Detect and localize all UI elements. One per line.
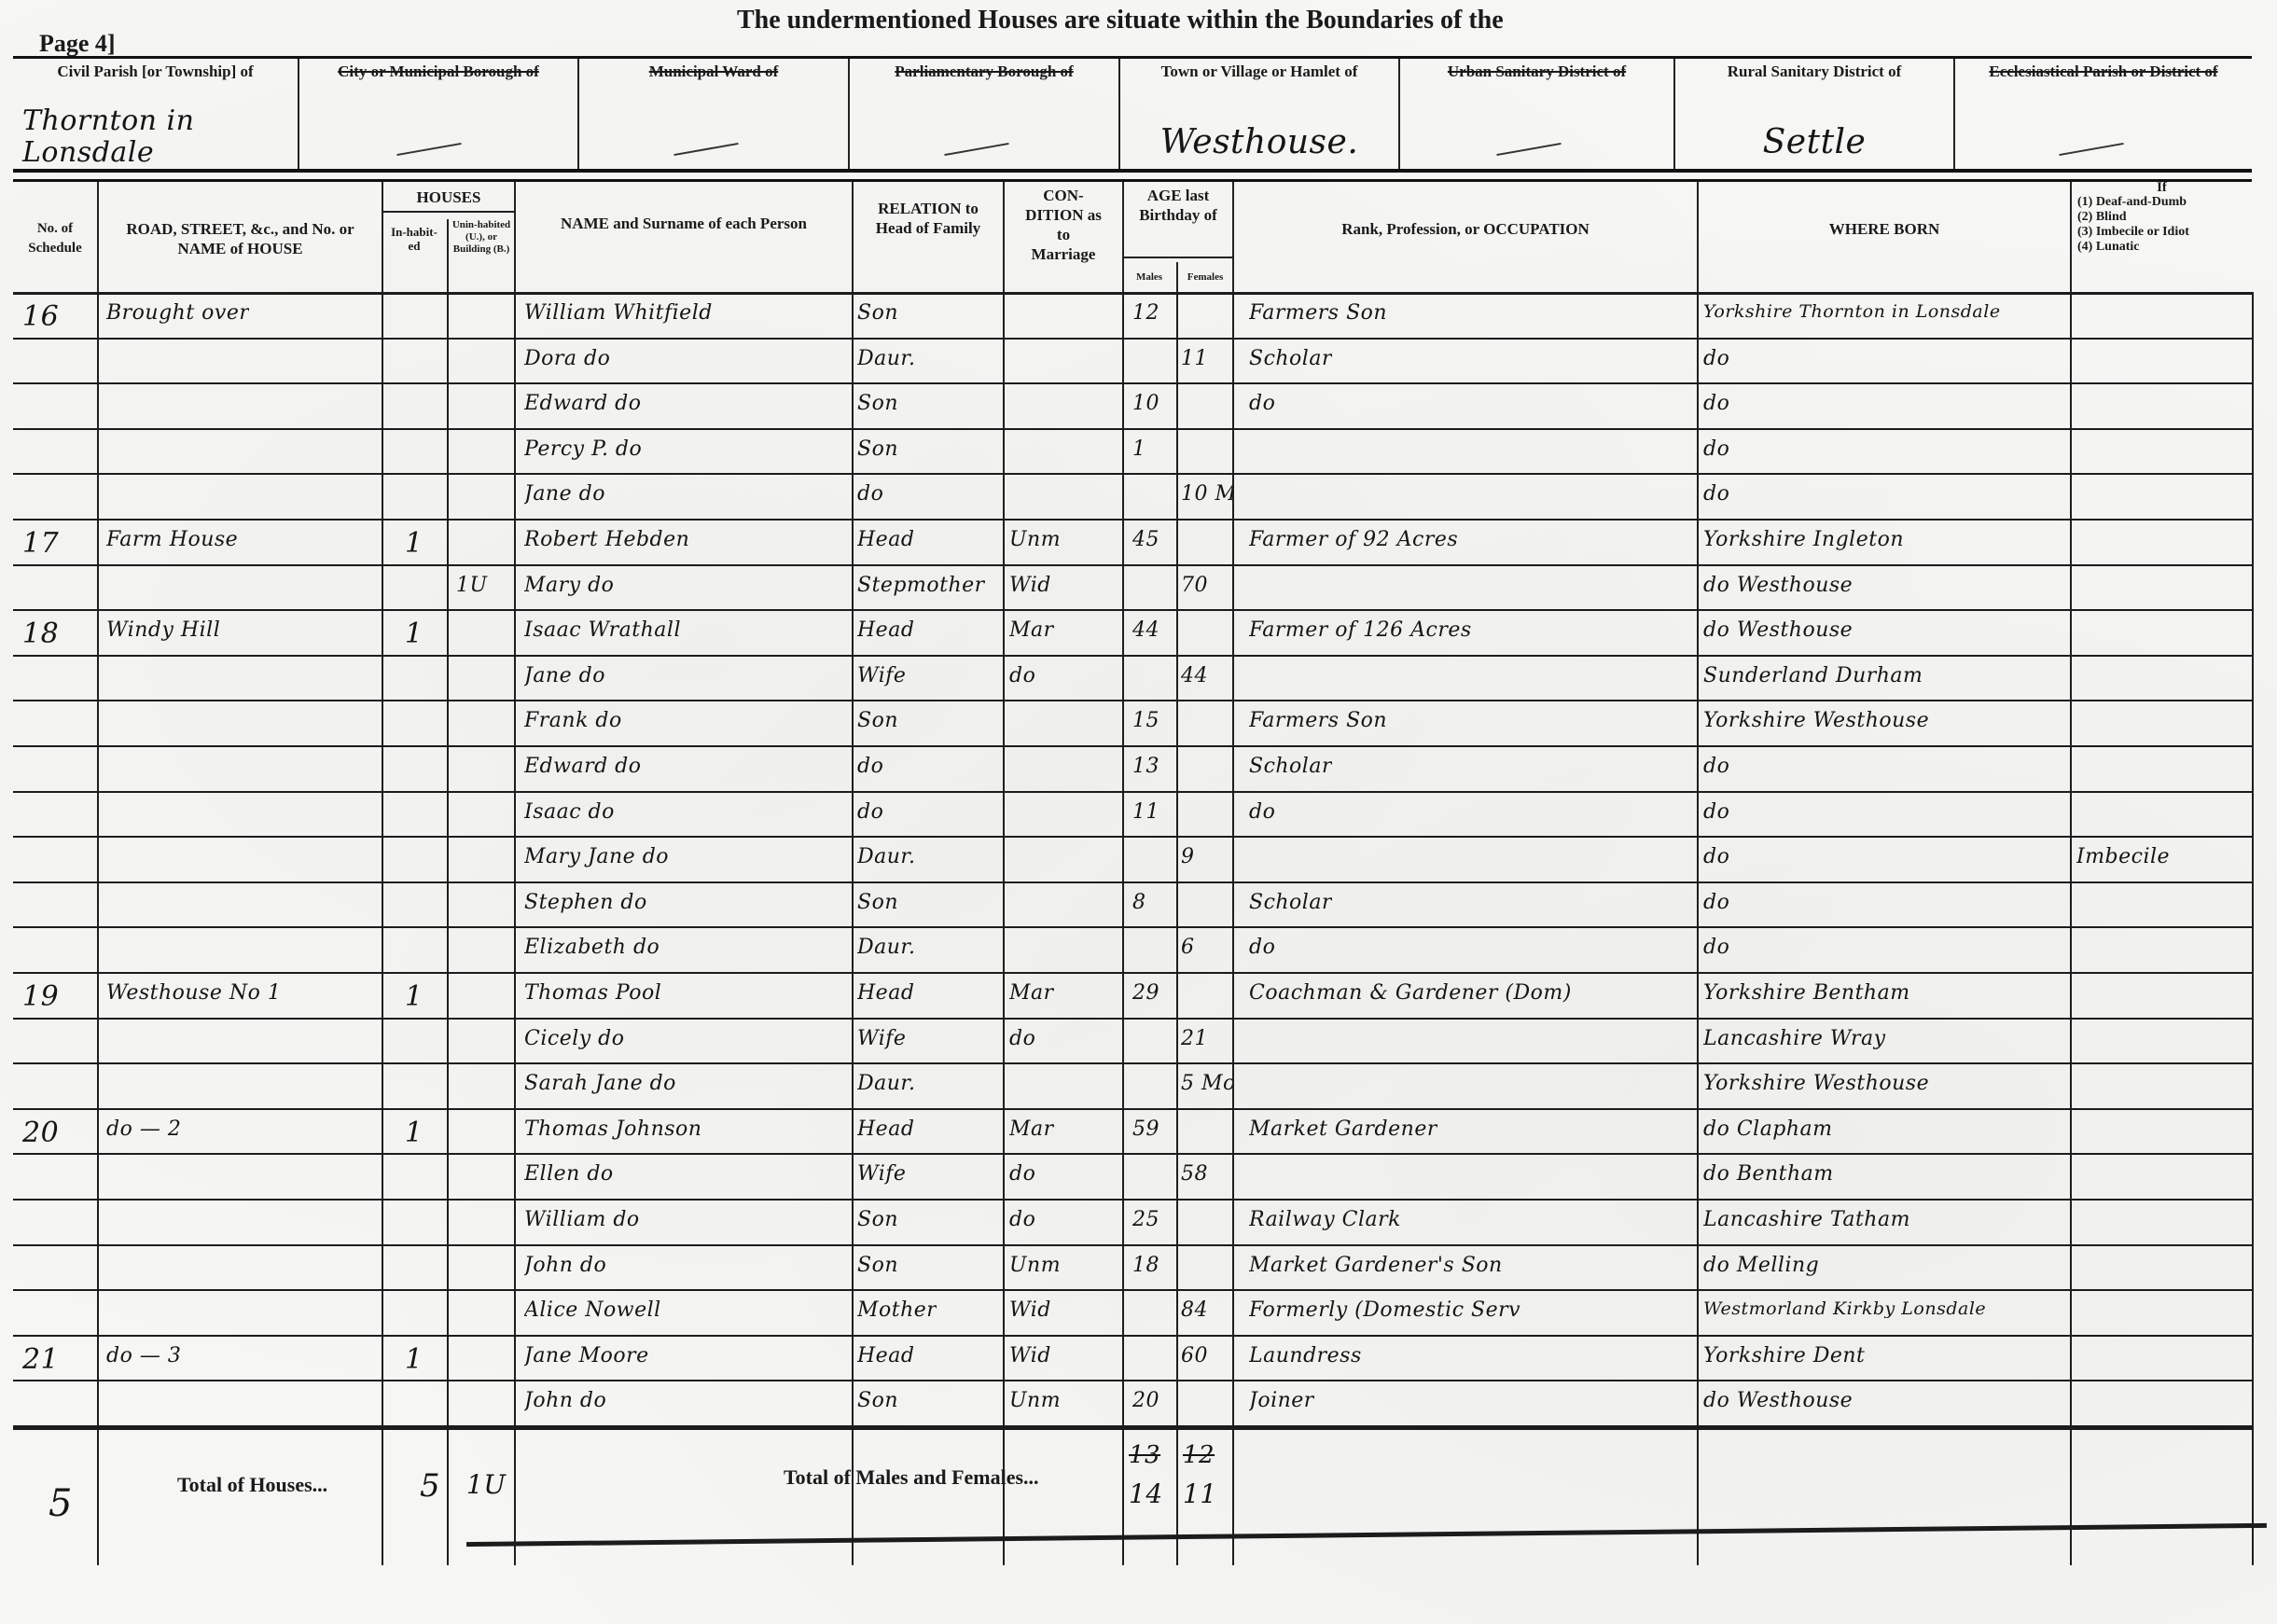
persons-total-label: Total of Males and Females... [784, 1465, 1039, 1490]
cell-where-born: do Westhouse [1703, 576, 1853, 596]
cell-occupation: Scholar [1249, 756, 1332, 777]
col-infirmity: If (1) Deaf-and-Dumb(2) Blind(3) Imbecil… [2070, 182, 2252, 292]
cell-where-born: do [1703, 937, 1729, 958]
cell-male-age: 10 [1132, 394, 1159, 414]
cell-schedule: 18 [22, 620, 59, 648]
col-uninhabited-label: Unin-habited (U.), or Building (B.) [449, 219, 514, 256]
boundary-label: Municipal Ward of [585, 62, 842, 81]
boundary-cell: Parliamentary Borough of [848, 59, 1118, 169]
row-rule [13, 926, 2252, 928]
cell-occupation: do [1249, 937, 1275, 958]
row-rule [13, 519, 2252, 521]
cell-where-born: do [1703, 349, 1729, 369]
boundary-header: Civil Parish [or Township] ofThornton in… [13, 56, 2252, 173]
cell-where-born: do [1703, 756, 1729, 777]
cell-relation: Son [857, 711, 898, 731]
cell-condition: do [1009, 1210, 1035, 1230]
cell-male-age: 45 [1132, 530, 1159, 550]
col-uninhabited: Unin-habited (U.), or Building (B.) [447, 219, 514, 292]
cell-where-born: do Melling [1703, 1256, 1819, 1276]
cell-male-age: 20 [1132, 1391, 1159, 1411]
infirmity-option: (2) Blind [2077, 210, 2189, 225]
cell-relation: Daur. [857, 349, 916, 369]
cell-male-age: 59 [1132, 1119, 1159, 1140]
row-rule [13, 1380, 2252, 1381]
infirmity-option: (3) Imbecile or Idiot [2077, 225, 2189, 240]
cell-name: Mary Jane do [524, 847, 669, 868]
column-rule [1232, 292, 1234, 1565]
cell-name: Mary do [524, 576, 614, 596]
column-rule [1697, 292, 1699, 1565]
cell-occupation: Scholar [1249, 349, 1332, 369]
cell-relation: Son [857, 394, 898, 414]
cell-male-age: 8 [1132, 893, 1146, 913]
blank-dash [2060, 143, 2124, 156]
schedule-count: 5 [49, 1482, 73, 1525]
cell-relation: Head [857, 530, 914, 550]
col-schedule: No. of Schedule [13, 182, 97, 292]
cell-female-age: 84 [1181, 1300, 1208, 1321]
cell-occupation: Farmer of 92 Acres [1249, 530, 1458, 550]
row-rule [13, 1018, 2252, 1020]
cell-relation: Son [857, 439, 898, 460]
cell-occupation: Farmer of 126 Acres [1249, 620, 1472, 641]
cell-relation: Head [857, 620, 914, 641]
column-rule [1122, 292, 1124, 1565]
cell-occupation: Market Gardener [1249, 1119, 1437, 1140]
cell-road: do — 2 [106, 1119, 181, 1140]
cell-name: William do [524, 1210, 640, 1230]
boundary-label: Urban Sanitary District of [1406, 62, 1668, 81]
males-total: 14 [1129, 1478, 1163, 1509]
cell-male-age: 1 [1132, 439, 1146, 460]
boundary-value: Thornton in Lonsdale [22, 105, 209, 169]
cell-name: Percy P. do [524, 439, 642, 460]
row-rule [13, 338, 2252, 340]
col-road: ROAD, STREET, &c., and No. or NAME of HO… [97, 182, 382, 292]
cell-occupation: Formerly (Domestic Serv [1249, 1300, 1520, 1321]
cell-road: Farm House [106, 530, 238, 550]
inhabited-total: 5 [420, 1467, 440, 1505]
cell-male-age: 15 [1132, 711, 1159, 731]
col-inhabited: In-habit-ed [382, 219, 447, 292]
cell-relation: do [857, 484, 883, 505]
cell-where-born: Yorkshire Westhouse [1703, 711, 1929, 731]
row-rule [13, 473, 2252, 475]
row-rule [13, 655, 2252, 657]
cell-occupation: Farmers Son [1249, 303, 1387, 324]
cell-name: Robert Hebden [524, 530, 689, 550]
column-rule [2070, 292, 2072, 1565]
cell-female-age: 6 [1181, 937, 1195, 958]
row-rule [13, 791, 2252, 793]
cell-relation: Wife [857, 1029, 906, 1049]
cell-name: Cicely do [524, 1029, 625, 1049]
boundary-cell: Municipal Ward of [577, 59, 848, 169]
cell-relation: Mother [857, 1300, 937, 1321]
row-rule [13, 564, 2252, 566]
cell-name: Jane do [524, 666, 605, 687]
cell-relation: Son [857, 893, 898, 913]
cell-where-born: do [1703, 439, 1729, 460]
cell-occupation: do [1249, 394, 1275, 414]
boundary-cell: Civil Parish [or Township] ofThornton in… [13, 59, 298, 169]
cell-occupation: Coachman & Gardener (Dom) [1249, 983, 1572, 1004]
cell-female-age: 10 Mo [1181, 484, 1232, 505]
cell-relation: Son [857, 303, 898, 324]
blank-dash [944, 143, 1008, 156]
cell-where-born: Yorkshire Dent [1703, 1346, 1865, 1367]
col-houses-label: HOUSES [383, 187, 514, 213]
cell-condition: do [1009, 666, 1035, 687]
cell-schedule: 19 [22, 983, 59, 1011]
cell-where-born: Westmorland Kirkby Lonsdale [1703, 1300, 1986, 1318]
row-rule [13, 382, 2252, 384]
cell-where-born: do [1703, 484, 1729, 505]
column-rule [1003, 292, 1005, 1565]
cell-name: Isaac Wrathall [524, 620, 681, 641]
houses-total-label: Total of Houses... [177, 1473, 327, 1497]
cell-name: Elizabeth do [524, 937, 659, 958]
cell-female-age: 11 [1181, 349, 1208, 369]
cell-occupation: Market Gardener's Son [1249, 1256, 1503, 1276]
cell-where-born: do [1703, 893, 1729, 913]
cell-condition: Wid [1009, 576, 1051, 596]
cell-where-born: Lancashire Tatham [1703, 1210, 1910, 1230]
cell-where-born: Lancashire Wray [1703, 1029, 1886, 1049]
col-schedule-label: No. of Schedule [13, 219, 97, 258]
banner-title: The undermentioned Houses are situate wi… [737, 6, 1504, 35]
cell-where-born: Yorkshire Bentham [1703, 983, 1910, 1004]
cell-condition: Mar [1009, 983, 1054, 1004]
cell-infirmity: Imbecile [2076, 847, 2170, 868]
blank-dash [673, 143, 738, 156]
cell-inhabited: 1 [405, 620, 423, 648]
boundary-cell: Ecclesiastical Parish or District of [1953, 59, 2252, 169]
row-rule [13, 1108, 2252, 1110]
cell-where-born: do [1703, 847, 1729, 868]
col-males: Males [1122, 262, 1176, 292]
col-age-label: AGE last Birthday of [1124, 186, 1232, 258]
row-rule [13, 836, 2252, 838]
cell-occupation: Farmers Son [1249, 711, 1387, 731]
cell-name: Isaac do [524, 802, 615, 823]
column-rule [1176, 292, 1178, 1565]
cell-road: Westhouse No 1 [106, 983, 281, 1004]
cell-name: Frank do [524, 711, 622, 731]
cell-inhabited: 1 [405, 1346, 423, 1374]
totals-top-rule [13, 1425, 2252, 1430]
cell-where-born: Yorkshire Thornton in Lonsdale [1703, 303, 2001, 321]
cell-occupation: Scholar [1249, 893, 1332, 913]
col-relation: RELATION to Head of Family [852, 182, 1003, 292]
col-inhabited-label: In-habit-ed [382, 225, 447, 253]
cell-relation: do [857, 756, 883, 777]
infirmity-options: (1) Deaf-and-Dumb(2) Blind(3) Imbecile o… [2077, 195, 2189, 255]
cell-occupation: Laundress [1249, 1346, 1362, 1367]
row-rule [13, 1335, 2252, 1337]
cell-occupation: Joiner [1249, 1391, 1314, 1411]
cell-name: William Whitfield [524, 303, 713, 324]
cell-relation: Son [857, 1256, 898, 1276]
boundary-cell: Rural Sanitary District ofSettle [1673, 59, 1953, 169]
cell-inhabited: 1 [405, 1119, 423, 1147]
boundary-label: Civil Parish [or Township] of [19, 62, 292, 81]
cell-relation: Son [857, 1391, 898, 1411]
col-where-born-label: WHERE BORN [1699, 219, 2070, 239]
cell-where-born: do Westhouse [1703, 620, 1853, 641]
cell-relation: Wife [857, 1164, 906, 1185]
infirmity-option: (1) Deaf-and-Dumb [2077, 195, 2189, 210]
boundary-value: Settle [1675, 123, 1953, 161]
cell-occupation: do [1249, 802, 1275, 823]
col-name-label: NAME and Surname of each Person [516, 214, 852, 233]
cell-relation: Head [857, 983, 914, 1004]
cell-schedule: 20 [22, 1119, 59, 1147]
cell-relation: Stepmother [857, 576, 985, 596]
males-total-struck: 13 [1129, 1441, 1160, 1469]
cell-relation: Daur. [857, 1074, 916, 1094]
cell-where-born: Sunderland Durham [1703, 666, 1923, 687]
boundary-cell: Urban Sanitary District of [1398, 59, 1673, 169]
row-rule [13, 1199, 2252, 1201]
blank-dash [1496, 143, 1561, 156]
cell-where-born: do [1703, 802, 1729, 823]
census-table: No. of Schedule ROAD, STREET, &c., and N… [13, 179, 2252, 1609]
cell-condition: do [1009, 1029, 1035, 1049]
cell-schedule: 17 [22, 530, 59, 558]
cell-name: Ellen do [524, 1164, 614, 1185]
infirmity-option: (4) Lunatic [2077, 240, 2189, 255]
header-rule [13, 292, 2252, 295]
cell-where-born: Yorkshire Ingleton [1703, 530, 1904, 550]
cell-name: John do [524, 1391, 606, 1411]
cell-condition: Unm [1009, 530, 1061, 550]
cell-female-age: 9 [1181, 847, 1195, 868]
cell-uninhabited: 1U [456, 576, 488, 596]
cell-road: do — 3 [106, 1346, 181, 1367]
column-rule [2252, 292, 2254, 1565]
cell-female-age: 21 [1181, 1029, 1208, 1049]
row-rule [13, 1062, 2252, 1064]
cell-where-born: do Westhouse [1703, 1391, 1853, 1411]
col-females: Females [1176, 262, 1232, 292]
cell-female-age: 58 [1181, 1164, 1208, 1185]
col-females-label: Females [1178, 268, 1232, 287]
cell-relation: Head [857, 1119, 914, 1140]
row-rule [13, 881, 2252, 883]
column-rule [97, 292, 99, 1565]
cell-relation: Daur. [857, 847, 916, 868]
cell-male-age: 11 [1132, 802, 1159, 823]
cell-schedule: 16 [22, 303, 59, 331]
cell-male-age: 44 [1132, 620, 1159, 641]
cell-name: Sarah Jane do [524, 1074, 676, 1094]
cell-name: Edward do [524, 394, 642, 414]
cell-name: Dora do [524, 349, 610, 369]
blank-dash [397, 143, 462, 156]
boundary-label: Town or Village or Hamlet of [1126, 62, 1393, 81]
cell-relation: Head [857, 1346, 914, 1367]
row-rule [13, 428, 2252, 430]
col-road-label: ROAD, STREET, &c., and No. or NAME of HO… [99, 219, 382, 258]
cell-male-age: 29 [1132, 983, 1159, 1004]
column-rule [514, 292, 516, 1565]
cell-where-born: Yorkshire Westhouse [1703, 1074, 1929, 1094]
cell-name: Jane Moore [524, 1346, 649, 1367]
cell-inhabited: 1 [405, 983, 423, 1011]
col-occupation: Rank, Profession, or OCCUPATION [1232, 182, 1697, 292]
cell-relation: Son [857, 1210, 898, 1230]
cell-female-age: 5 Mo [1181, 1074, 1232, 1094]
col-condition: CON-DITION as to Marriage [1003, 182, 1122, 292]
cell-condition: do [1009, 1164, 1035, 1185]
cell-condition: Unm [1009, 1256, 1061, 1276]
boundary-label: City or Municipal Borough of [305, 62, 572, 81]
page-number: Page 4] [39, 30, 116, 58]
row-rule [13, 972, 2252, 974]
cell-female-age: 60 [1181, 1346, 1208, 1367]
cell-relation: Daur. [857, 937, 916, 958]
row-rule [13, 1153, 2252, 1155]
row-rule [13, 1244, 2252, 1246]
cell-condition: Wid [1009, 1346, 1051, 1367]
col-name: NAME and Surname of each Person [514, 182, 852, 292]
cell-name: Jane do [524, 484, 605, 505]
col-males-label: Males [1122, 268, 1176, 287]
boundary-label: Rural Sanitary District of [1681, 62, 1948, 81]
cell-male-age: 13 [1132, 756, 1159, 777]
females-total-struck: 12 [1183, 1441, 1215, 1469]
cell-road: Brought over [106, 303, 249, 324]
cell-condition: Unm [1009, 1391, 1061, 1411]
cell-occupation: Railway Clark [1249, 1210, 1401, 1230]
cell-name: John do [524, 1256, 606, 1276]
boundary-cell: City or Municipal Borough of [298, 59, 577, 169]
cell-schedule: 21 [22, 1346, 59, 1374]
cell-male-age: 12 [1132, 303, 1159, 324]
cell-condition: Wid [1009, 1300, 1051, 1321]
cell-inhabited: 1 [405, 530, 423, 558]
boundary-value: Westhouse. [1120, 123, 1398, 161]
boundary-label: Ecclesiastical Parish or District of [1961, 62, 2246, 81]
col-where-born: WHERE BORN [1697, 182, 2070, 292]
uninhabited-total: 1U [466, 1469, 506, 1500]
cell-name: Edward do [524, 756, 642, 777]
cell-female-age: 44 [1181, 666, 1208, 687]
column-rule [852, 292, 854, 1565]
cell-relation: do [857, 802, 883, 823]
row-rule [13, 1289, 2252, 1291]
column-rule [447, 292, 449, 1565]
cell-name: Alice Nowell [524, 1300, 661, 1321]
cell-male-age: 25 [1132, 1210, 1159, 1230]
cell-name: Stephen do [524, 893, 647, 913]
cell-where-born: do Clapham [1703, 1119, 1833, 1140]
cell-name: Thomas Pool [524, 983, 661, 1004]
cell-road: Windy Hill [106, 620, 220, 641]
boundary-cell: Town or Village or Hamlet ofWesthouse. [1118, 59, 1398, 169]
row-rule [13, 745, 2252, 747]
census-page: Page 4] The undermentioned Houses are si… [0, 0, 2277, 1624]
row-rule [13, 700, 2252, 701]
col-occupation-label: Rank, Profession, or OCCUPATION [1234, 219, 1697, 239]
cell-where-born: do Bentham [1703, 1164, 1834, 1185]
cell-female-age: 70 [1181, 576, 1208, 596]
cell-condition: Mar [1009, 1119, 1054, 1140]
column-rule [382, 292, 383, 1565]
cell-where-born: do [1703, 394, 1729, 414]
col-relation-label: RELATION to Head of Family [854, 199, 1003, 238]
females-total: 11 [1183, 1478, 1217, 1509]
cell-name: Thomas Johnson [524, 1119, 701, 1140]
col-condition-label: CON-DITION as to Marriage [1005, 186, 1122, 264]
boundary-label: Parliamentary Borough of [855, 62, 1113, 81]
row-rule [13, 609, 2252, 611]
cell-male-age: 18 [1132, 1256, 1159, 1276]
cell-condition: Mar [1009, 620, 1054, 641]
cell-relation: Wife [857, 666, 906, 687]
